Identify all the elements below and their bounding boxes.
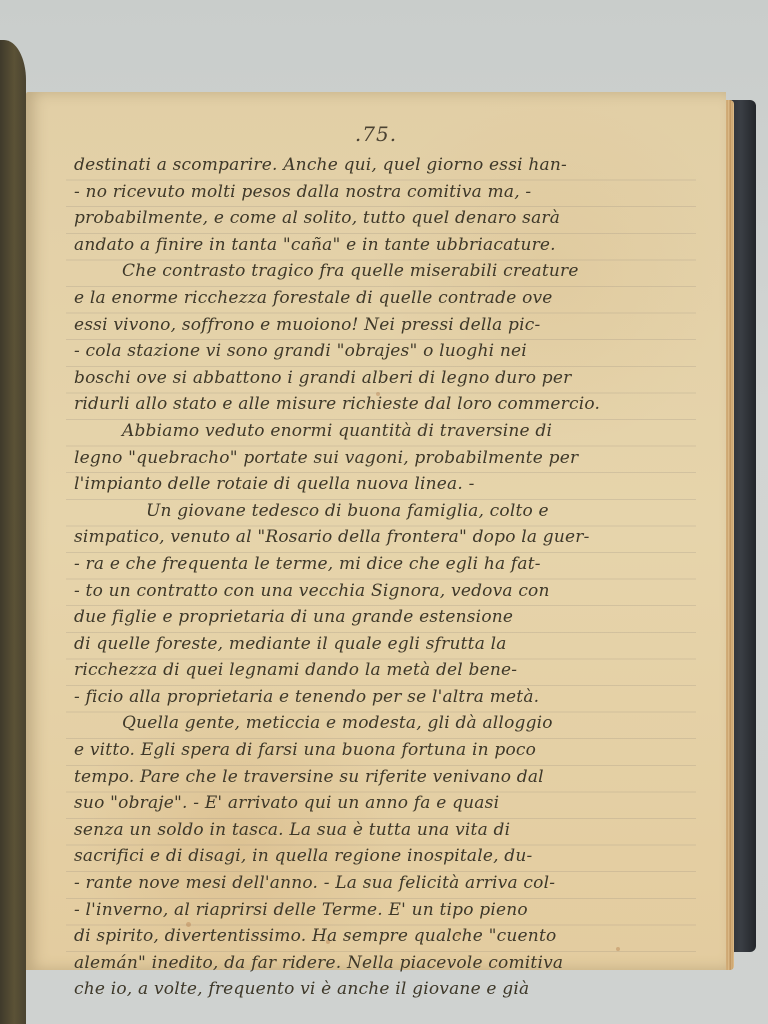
text-line: - rante nove mesi dell'anno. - La sua fe… bbox=[74, 870, 704, 897]
text-line: ricchezza di quei legnami dando la metà … bbox=[74, 657, 704, 684]
text-line: legno "quebracho" portate sui vagoni, pr… bbox=[74, 445, 704, 472]
text-line: che io, a volte, frequento vi è anche il… bbox=[74, 976, 704, 1003]
text-line: di spirito, divertentissimo. Ha sempre q… bbox=[74, 923, 704, 950]
text-line: Un giovane tedesco di buona famiglia, co… bbox=[74, 498, 704, 525]
text-line: andato a finire in tanta "caña" e in tan… bbox=[74, 232, 704, 259]
text-line: - l'inverno, al riaprirsi delle Terme. E… bbox=[74, 897, 704, 924]
text-line: - to un contratto con una vecchia Signor… bbox=[74, 578, 704, 605]
text-line: - ra e che frequenta le terme, mi dice c… bbox=[74, 551, 704, 578]
text-line: - ficio alla proprietaria e tenendo per … bbox=[74, 684, 704, 711]
text-line: Che contrasto tragico fra quelle miserab… bbox=[74, 258, 704, 285]
text-line: Quella gente, meticcia e modesta, gli dà… bbox=[74, 710, 704, 737]
manuscript-page: .75. destinati a scomparire. Anche qui, … bbox=[26, 92, 726, 970]
page-number: .75. bbox=[26, 122, 726, 146]
text-line: ridurli allo stato e alle misure richies… bbox=[74, 391, 704, 418]
text-line: probabilmente, e come al solito, tutto q… bbox=[74, 205, 704, 232]
text-line: senza un soldo in tasca. La sua è tutta … bbox=[74, 817, 704, 844]
text-line: - cola stazione vi sono grandi "obrajes"… bbox=[74, 338, 704, 365]
text-line: sacrifici e di disagi, in quella regione… bbox=[74, 843, 704, 870]
text-line: l'impianto delle rotaie di quella nuova … bbox=[74, 471, 704, 498]
text-line: e la enorme ricchezza forestale di quell… bbox=[74, 285, 704, 312]
text-line: alemán" inedito, da far ridere. Nella pi… bbox=[74, 950, 704, 977]
left-book-cover bbox=[0, 40, 26, 1024]
text-line: e vitto. Egli spera di farsi una buona f… bbox=[74, 737, 704, 764]
text-line: - no ricevuto molti pesos dalla nostra c… bbox=[74, 179, 704, 206]
text-line: suo "obraje". - E' arrivato qui un anno … bbox=[74, 790, 704, 817]
text-line: Abbiamo veduto enormi quantità di traver… bbox=[74, 418, 704, 445]
text-line: tempo. Pare che le traversine su riferit… bbox=[74, 764, 704, 791]
handwritten-text: destinati a scomparire. Anche qui, quel … bbox=[74, 152, 704, 1003]
text-line: due figlie e proprietaria di una grande … bbox=[74, 604, 704, 631]
text-line: di quelle foreste, mediante il quale egl… bbox=[74, 631, 704, 658]
text-line: boschi ove si abbattono i grandi alberi … bbox=[74, 365, 704, 392]
text-line: essi vivono, soffrono e muoiono! Nei pre… bbox=[74, 312, 704, 339]
text-line: simpatico, venuto al "Rosario della fron… bbox=[74, 524, 704, 551]
text-line: destinati a scomparire. Anche qui, quel … bbox=[74, 152, 704, 179]
